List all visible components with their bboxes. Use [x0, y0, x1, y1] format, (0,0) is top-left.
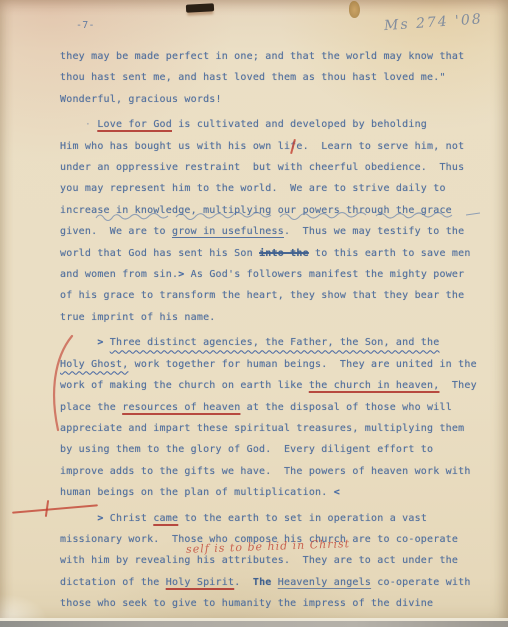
- typed-segment: .: [234, 577, 253, 588]
- typed-segment: given. We are to: [60, 226, 172, 237]
- typed-line: place the resources of heaven at the dis…: [60, 397, 484, 418]
- typed-line: Wonderful, gracious words!: [60, 89, 484, 110]
- typed-segment: Wonderful, gracious words!: [60, 94, 222, 105]
- typed-segment: the church in heaven,: [309, 380, 440, 391]
- typed-segment: The: [253, 577, 272, 588]
- typed-line: true imprint of his name.: [60, 307, 484, 328]
- typed-segment: is cultivated and developed by beholding: [172, 119, 427, 130]
- margin-mark-red-plus: [12, 498, 98, 522]
- typed-segment: >: [97, 337, 109, 348]
- red-plus-horizontal: [12, 504, 98, 513]
- typed-segment: As God's followers manifest the mighty p…: [184, 269, 464, 280]
- typed-line: work of making the church on earth like …: [60, 375, 484, 396]
- typed-line: dictation of the Holy Spirit. The Heaven…: [60, 572, 484, 593]
- typed-line: thou hast sent me, and hast loved them a…: [60, 67, 484, 88]
- typed-segment: improve adds to the gifts we have. The p…: [60, 466, 471, 477]
- handwritten-interlineation-blue: [94, 209, 484, 223]
- typed-segment: those who seek to give to humanity the i…: [60, 598, 433, 609]
- typed-segment: dictation of the: [60, 577, 166, 588]
- paper-stain: [349, 1, 360, 18]
- archive-number-annotation: Ms 274 '08: [384, 10, 505, 34]
- typed-segment: grow in usefulness: [172, 226, 284, 237]
- typed-segment: Love for God: [97, 119, 172, 130]
- typed-segment: they may be made perfect in one; and tha…: [60, 51, 464, 62]
- typed-segment: ·: [60, 119, 97, 130]
- typed-line: with him by revealing his attributes. Th…: [60, 550, 484, 571]
- typed-line: Him who has bought us with his own life.…: [60, 136, 484, 157]
- typed-line: given. We are to grow in usefulness. Thu…: [60, 221, 484, 242]
- typed-segment: life: [278, 141, 303, 152]
- typed-segment: <: [334, 487, 340, 498]
- typed-segment: with him by revealing his attributes. Th…: [60, 555, 458, 566]
- typed-segment: came: [153, 513, 178, 524]
- typed-segment: Heavenly angels: [278, 577, 371, 588]
- typed-segment: Holy Spirit: [166, 577, 234, 588]
- typed-segment: into the: [259, 248, 309, 259]
- typed-line: you may represent him to the world. We a…: [60, 178, 484, 199]
- typed-segment: Him who has bought us with his own: [60, 141, 278, 152]
- typed-line: improve adds to the gifts we have. The p…: [60, 461, 484, 482]
- margin-mark-red-arc: [46, 333, 76, 433]
- typed-segment: . Learn to serve him, not: [303, 141, 465, 152]
- typed-line: by using them to the glory of God. Every…: [60, 439, 484, 460]
- typed-segment: under an oppressive restraint but with c…: [60, 162, 464, 173]
- typed-segment: to the earth to set in operation a vast: [178, 513, 427, 524]
- typed-segment: Three distinct agencies, the Father, the…: [110, 337, 440, 348]
- typed-line: those who seek to give to humanity the i…: [60, 593, 484, 614]
- typed-line: human beings on the plan of multiplicati…: [60, 482, 484, 503]
- manuscript-page: Ms 274 '08 -7- they may be made perfect …: [0, 0, 508, 627]
- typed-segment: and women from sin.: [60, 269, 178, 280]
- typed-segment: appreciate and impart these spiritual tr…: [60, 423, 464, 434]
- typed-segment: human beings on the plan of multiplicati…: [60, 487, 334, 498]
- typed-segment: co-operate with: [371, 577, 471, 588]
- typed-segment: They: [439, 380, 476, 391]
- typed-line: under an oppressive restraint but with c…: [60, 157, 484, 178]
- typed-segment: world that God has sent his Son: [60, 248, 259, 259]
- typed-line: and women from sin.> As God's followers …: [60, 264, 484, 285]
- typed-line: of his grace to transform the heart, the…: [60, 285, 484, 306]
- typed-paragraph: > Christ came to the earth to set in ope…: [60, 508, 484, 615]
- typed-line: world that God has sent his Son into the…: [60, 243, 484, 264]
- typed-paragraph: > Three distinct agencies, the Father, t…: [60, 332, 484, 503]
- typed-line: > Christ came to the earth to set in ope…: [60, 508, 484, 529]
- typed-segment: resources of heaven: [122, 402, 240, 413]
- typed-segment: you may represent him to the world. We a…: [60, 183, 446, 194]
- typed-segment: work of making the church on earth like: [60, 380, 309, 391]
- typed-line: appreciate and impart these spiritual tr…: [60, 418, 484, 439]
- typed-paragraph: they may be made perfect in one; and tha…: [60, 46, 484, 110]
- page-number: -7-: [76, 20, 95, 31]
- typed-segment: . Thus we may testify to the: [284, 226, 464, 237]
- typed-segment: thou hast sent me, and hast loved them a…: [60, 72, 446, 83]
- scan-background-edge: [0, 621, 508, 627]
- typed-line: they may be made perfect in one; and tha…: [60, 46, 484, 67]
- typed-segment: >: [97, 513, 109, 524]
- typed-line: Holy Ghost, work together for human bein…: [60, 354, 484, 375]
- typed-segment: work together for human beings. They are…: [128, 359, 476, 370]
- typed-segment: at the disposal of those who will: [240, 402, 452, 413]
- typed-segment: Christ: [110, 513, 154, 524]
- typed-segment: of his grace to transform the heart, the…: [60, 290, 464, 301]
- typed-segment: by using them to the glory of God. Every…: [60, 444, 433, 455]
- typed-segment: true imprint of his name.: [60, 312, 216, 323]
- typed-line: · Love for God is cultivated and develop…: [60, 114, 484, 135]
- typed-segment: to this earth to save men: [309, 248, 471, 259]
- typed-text-body: they may be made perfect in one; and tha…: [60, 46, 484, 619]
- staple-mark: [186, 3, 214, 12]
- typed-line: > Three distinct agencies, the Father, t…: [60, 332, 484, 353]
